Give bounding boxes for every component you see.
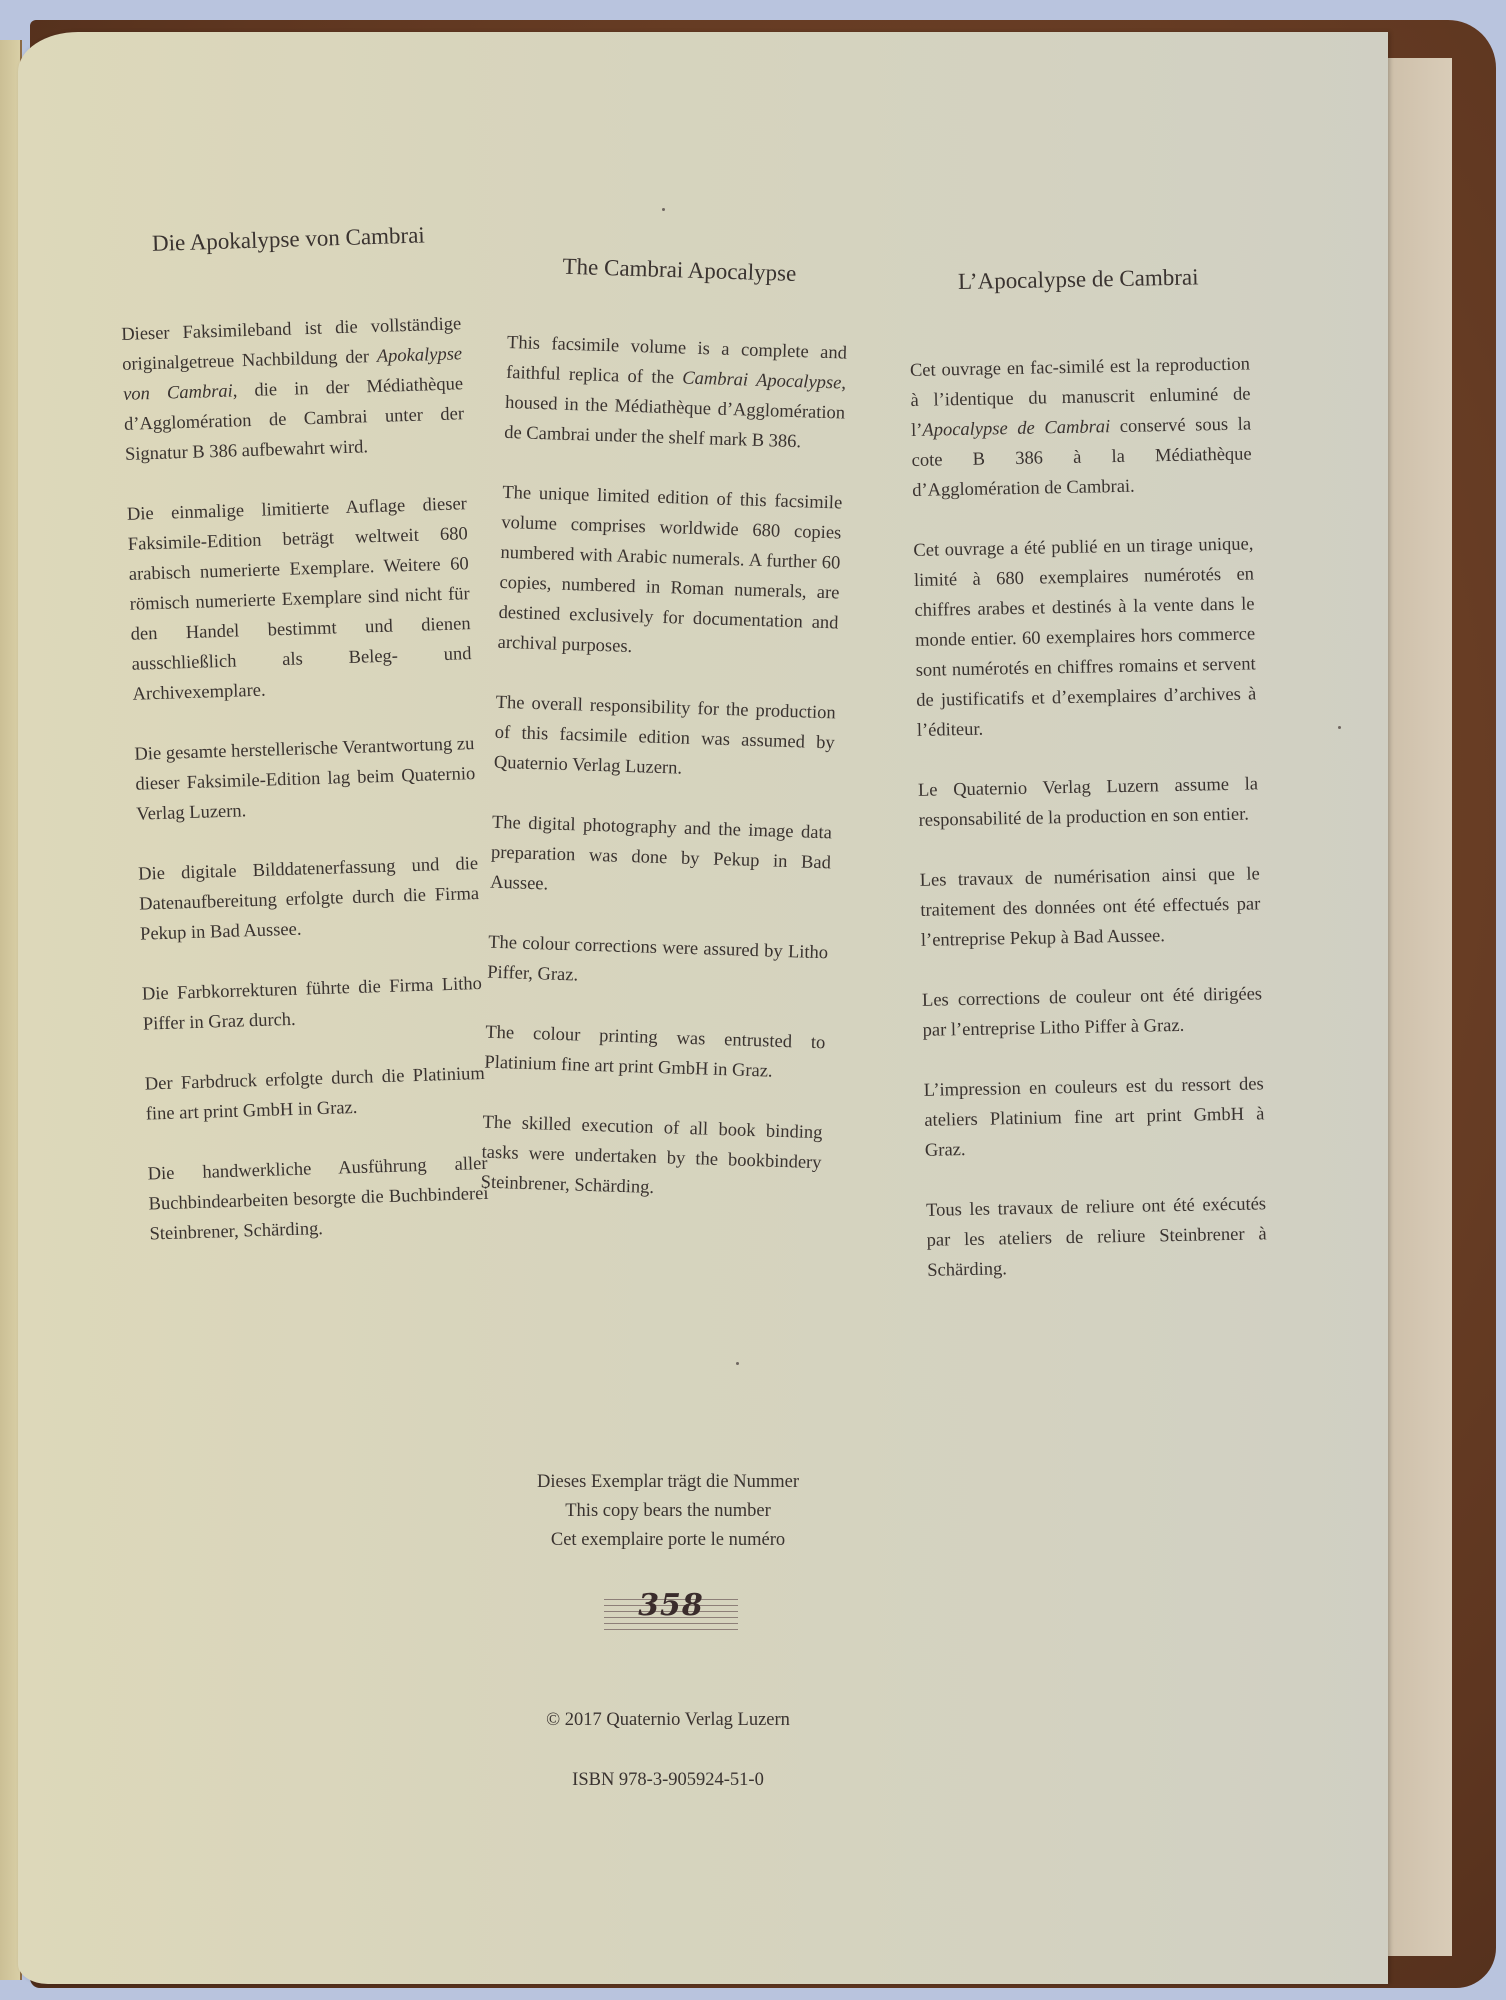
paragraph: This facsimile volume is a complete and …: [504, 328, 848, 459]
column-title: Die Apokalypse von Cambrai: [118, 219, 459, 260]
isbn: ISBN 978-3-905924-51-0: [488, 1770, 848, 1791]
flyleaf-edge: [1384, 58, 1452, 1956]
column-title: The Cambrai Apocalypse: [509, 250, 850, 291]
paragraph: The overall responsibility for the produ…: [493, 688, 836, 789]
paragraph: The skilled execution of all book bindin…: [480, 1108, 823, 1209]
column-german: Die Apokalypse von Cambrai Dieser Faksim…: [118, 219, 491, 1279]
copy-number: 358: [604, 1588, 738, 1623]
statement-en: This copy bears the number: [488, 1497, 848, 1526]
paragraph: L’impression en couleurs est du ressort …: [924, 1069, 1266, 1166]
paper-speck: [1338, 726, 1341, 729]
paragraph: The colour corrections were assured by L…: [487, 928, 829, 999]
colophon-page: Die Apokalypse von Cambrai Dieser Faksim…: [18, 32, 1388, 1984]
paragraph: Cet ouvrage a été publié en un tirage un…: [913, 529, 1257, 745]
paragraph: The unique limited edition of this facsi…: [497, 478, 842, 669]
work-title: Apocalypse de Cambrai: [922, 417, 1110, 441]
paragraph: Die handwerkliche Ausführung aller Buchb…: [147, 1149, 490, 1250]
paragraph: Der Farbdruck erfolgte durch die Platini…: [144, 1059, 486, 1130]
paragraph: Le Quaternio Verlag Luzern assume la res…: [918, 769, 1259, 836]
paragraph: Tous les travaux de reliure ont été exéc…: [926, 1189, 1268, 1286]
paragraph: Dieser Faksimileband ist die vollständig…: [121, 309, 466, 470]
paragraph: Die einmalige limitierte Auflage dieser …: [126, 489, 472, 710]
paragraph: Cet ouvrage en fac-similé est la reprodu…: [910, 349, 1253, 505]
work-title: Cambrai Apocalypse: [682, 368, 842, 393]
paragraph: The colour printing was entrusted to Pla…: [484, 1018, 826, 1089]
paper-speck: [736, 1362, 739, 1365]
paper-speck: [662, 208, 665, 211]
column-body: Cet ouvrage en fac-similé est la reprodu…: [910, 349, 1268, 1285]
work-title: Apokalypse von Cambrai: [123, 344, 463, 405]
column-french: L’Apocalypse de Cambrai Cet ouvrage en f…: [908, 261, 1268, 1315]
paragraph: Les corrections de couleur ont été dirig…: [922, 979, 1263, 1046]
paragraph: Die gesamte herstellerische Verantwortun…: [134, 729, 477, 830]
paragraph: Les travaux de numérisation ainsi que le…: [919, 859, 1261, 956]
column-title: L’Apocalypse de Cambrai: [908, 261, 1249, 298]
paragraph: Die Farbkorrekturen führte die Firma Lit…: [142, 969, 484, 1040]
column-body: Dieser Faksimileband ist die vollständig…: [121, 309, 490, 1249]
column-english: The Cambrai Apocalypse This facsimile vo…: [479, 250, 850, 1238]
statement-fr: Cet exemplaire porte le numéro: [488, 1526, 848, 1555]
statement-de: Dieses Exemplar trägt die Nummer: [488, 1468, 848, 1497]
paragraph: Die digitale Bilddatenerfassung und die …: [138, 849, 481, 950]
copyright-notice: © 2017 Quaternio Verlag Luzern: [488, 1710, 848, 1731]
paragraph: The digital photography and the image da…: [490, 808, 833, 909]
column-body: This facsimile volume is a complete and …: [480, 328, 847, 1208]
copy-number-statement: Dieses Exemplar trägt die Nummer This co…: [488, 1468, 848, 1555]
